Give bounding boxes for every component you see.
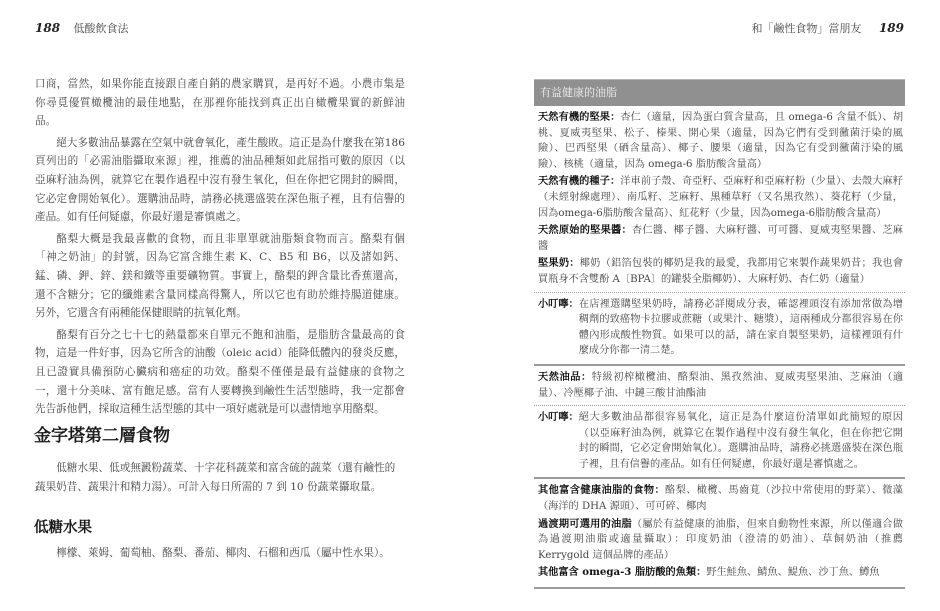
page-number: 189 [879,21,904,35]
subheading-paragraph: 檸檬、萊姆、葡萄柚、酪梨、番茄、椰肉、石榴和西瓜（屬中性水果）。 [35,544,405,563]
sidebar-title: 有益健康的油脂 [534,79,905,106]
sidebar-entry: 過渡期可選用的油脂（屬於有益健康的油脂，但來自動物性來源，所以僅適合做為過渡期油… [538,517,903,564]
paragraph: 口商，當然，如果你能直接跟自產自銷的農家購買，是再好不過。小農市集是你尋覓優質橄… [35,75,405,131]
section-heading: 金字塔第二層食物 [34,421,170,446]
sidebar-entry: 天然有機的種子：洋車前子殼、奇亞籽、亞麻籽和亞麻籽粉（少量）、去殼大麻籽（未經射… [538,174,903,221]
page-number: 188 [35,21,60,35]
sidebar-entry: 堅果奶：椰奶（鋁箔包裝的椰奶是我的最愛，我都用它來製作蔬果奶昔；我也會買瓶身不含… [538,256,903,287]
entry-term: 天然油品： [538,371,592,383]
right-page: 和「鹼性食物」當朋友 189 有益健康的油脂 天然有機的堅果：杏仁（適量，因為蛋… [470,0,940,611]
left-page: 188 低酸飲食法 口商，當然，如果你能直接跟自產自銷的農家購買，是再好不過。小… [0,0,470,611]
tip-label: 小叮嚀： [538,410,579,472]
section-paragraph: 低糖水果、低或無澱粉蔬菜、十字花科蔬菜和富含硫的蔬菜（還有鹼性的蔬果奶昔、蔬果汁… [35,459,405,496]
entry-text: 野生鮭魚、鯖魚、鯷魚、沙丁魚、鱒魚 [706,567,879,578]
sidebar-entry: 天然有機的堅果：杏仁（適量，因為蛋白質含量高，且 omega-6 含量不低）、胡… [538,110,903,172]
healthy-fats-sidebar: 有益健康的油脂 天然有機的堅果：杏仁（適量，因為蛋白質含量高，且 omega-6… [534,79,905,589]
entry-term: 其他富含 omega-3 脂肪酸的魚類： [538,566,706,578]
chapter-title: 和「鹼性食物」當朋友 [751,22,861,35]
running-head-left: 188 低酸飲食法 [35,20,129,36]
paragraph: 酪梨有百分之七十七的熱量都來自單元不飽和油脂，是脂肪含量最高的食物，這是一件好事… [35,326,405,419]
book-title: 低酸飲食法 [74,22,129,35]
sidebar-entry: 天然原始的堅果醬：杏仁醬、椰子醬、大麻籽醬、可可醬、夏威夷堅果醬、芝麻醬 [538,223,903,254]
entry-term: 其他富含健康油脂的食物： [538,484,665,496]
paragraph: 絕大多數油品暴露在空氣中就會氧化，產生酸敗。這正是為什麼我在第186 頁列出的「… [35,134,405,227]
entry-text: 特級初榨橄欖油、酪梨油、黑孜然油、夏威夷堅果油、芝麻油（適量）、冷壓椰子油、中鏈… [538,372,903,399]
entry-text: 椰奶（鋁箔包裝的椰奶是我的最愛，我都用它來製作蔬果奶昔；我也會買瓶身不含雙酚 A… [538,258,903,285]
sidebar-entry: 其他富含健康油脂的食物：酪梨、橄欖、馬齒莧（沙拉中常使用的野菜）、微藻（海洋的 … [538,483,903,514]
tip-label: 小叮嚀： [538,297,579,359]
entry-term: 天然有機的堅果： [538,111,620,123]
tip-text: 絕大多數油品都很容易氧化，這正是為什麼這份清單如此簡短的原因（以亞麻籽油為例，就… [579,410,903,472]
solid-divider [534,587,905,589]
entry-term: 堅果奶： [538,257,580,269]
sidebar-entry: 天然油品：特級初榨橄欖油、酪梨油、黑孜然油、夏威夷堅果油、芝麻油（適量）、冷壓椰… [538,370,903,401]
sidebar-entry: 其他富含 omega-3 脂肪酸的魚類：野生鮭魚、鯖魚、鯷魚、沙丁魚、鱒魚 [538,565,903,581]
entry-term: 天然原始的堅果醬： [538,224,632,236]
sidebar-group-oils: 天然油品：特級初榨橄欖油、酪梨油、黑孜然油、夏威夷堅果油、芝麻油（適量）、冷壓椰… [534,366,905,405]
tip-text: 在店裡選購堅果奶時，請務必詳閱成分表，確認裡頭沒有添加常做為增稠劑的致癌物卡拉膠… [579,297,903,359]
tip-note: 小叮嚀： 在店裡選購堅果奶時，請務必詳閱成分表，確認裡頭沒有添加常做為增稠劑的致… [534,293,905,362]
tip-note: 小叮嚀： 絕大多數油品都很容易氧化，這正是為什麼這份清單如此簡短的原因（以亞麻籽… [534,406,905,475]
subheading: 低糖水果 [34,516,92,537]
sidebar-group-other: 其他富含健康油脂的食物：酪梨、橄欖、馬齒莧（沙拉中常使用的野菜）、微藻（海洋的 … [534,479,905,585]
entry-term: 天然有機的種子： [538,175,620,187]
running-head-right: 和「鹼性食物」當朋友 189 [751,20,904,36]
body-text: 口商，當然，如果你能直接跟自產自銷的農家購買，是再好不過。小農市集是你尋覓優質橄… [35,75,405,422]
sidebar-group-nuts-seeds: 天然有機的堅果：杏仁（適量，因為蛋白質含量高，且 omega-6 含量不低）、胡… [534,106,905,292]
paragraph: 酪梨大概是我最喜歡的食物，而且非單單就油脂類食物而言。酪梨有個「神之奶油」的封號… [35,230,405,323]
entry-term: 過渡期可選用的油脂 [538,518,632,530]
